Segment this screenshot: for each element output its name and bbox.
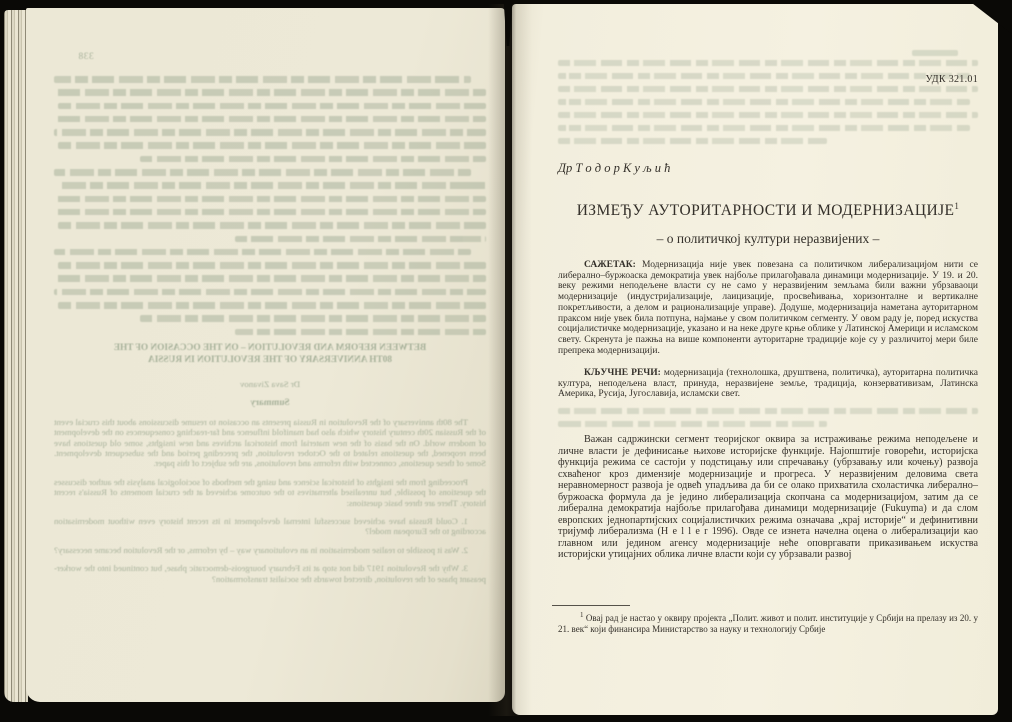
abstract-text: Модернизација није увек повезана са поли… [558, 260, 978, 356]
bleed-summary-paragraph: 3. Why the Revolution 1917 did not stop … [54, 563, 486, 584]
article-subtitle: – о политичкој култури неразвијених – [558, 231, 978, 247]
bleed-summary-author: Dr Sava Zivanov [54, 379, 486, 389]
right-page: УДК 321.01 Др Т о д о р К у љ и ћ ИЗМЕЂУ… [512, 4, 998, 715]
footnote-marker: 1 [580, 611, 584, 619]
bleed-summary-paragraph: Proceeding from the insights of historic… [54, 477, 486, 508]
keywords-label: КЉУЧНЕ РЕЧИ: [584, 368, 661, 378]
bleed-summary-heading-line1: BETWEEN REFORM AND REVOLUTION – ON THE O… [54, 343, 486, 355]
footnote-separator-rule [552, 605, 630, 606]
bleed-summary-label: Summary [54, 398, 486, 408]
right-page-bleed-lines-mid [558, 408, 978, 434]
abstract-label: САЖЕТАК: [584, 260, 636, 270]
left-page-bleed-paragraph-lines [54, 76, 486, 342]
left-page: 338 BETWEEN REFORM AND REVOLUTION – ON T… [26, 8, 505, 702]
udk-classification-number: УДК 321.01 [558, 74, 978, 85]
book-scan: 338 BETWEEN REFORM AND REVOLUTION – ON T… [0, 0, 1012, 722]
article-author: Др Т о д о р К у љ и ћ [558, 161, 670, 176]
footnote-paragraph: 1 Овај рад је настао у оквиру пројекта „… [558, 610, 978, 635]
left-page-bleed-summary: BETWEEN REFORM AND REVOLUTION – ON THE O… [54, 343, 486, 584]
article-title-text: ИЗМЕЂУ АУТОРИТАРНОСТИ И МОДЕРНИЗАЦИЈЕ [577, 202, 955, 219]
right-page-corner-bleed [912, 50, 958, 56]
bleed-summary-paragraph: The 80th anniversary of the Revolution i… [54, 417, 486, 469]
page-edge-stack [4, 10, 28, 702]
body-paragraph: Важан садржински сегмент теоријског окви… [558, 434, 978, 561]
title-footnote-reference: 1 [954, 201, 959, 211]
article-title: ИЗМЕЂУ АУТОРИТАРНОСТИ И МОДЕРНИЗАЦИЈЕ1 [558, 201, 978, 220]
bleed-summary-heading-line2: 80TH ANNIVERSARY OF THE REVOLUTION IN RU… [54, 355, 486, 367]
keywords-paragraph: КЉУЧНЕ РЕЧИ: модернизација (технолошка, … [558, 368, 978, 400]
bleed-summary-paragraph: 1. Could Russia have achieved successful… [54, 516, 486, 537]
left-page-number-bleed: 338 [78, 52, 94, 62]
abstract-paragraph: САЖЕТАК: Модернизација није увек повезан… [558, 260, 978, 356]
bleed-summary-paragraph: 2. Was it possible to realise modernisat… [54, 545, 486, 555]
footnote-text: Овај рад је настао у оквиру пројекта „По… [558, 613, 978, 634]
